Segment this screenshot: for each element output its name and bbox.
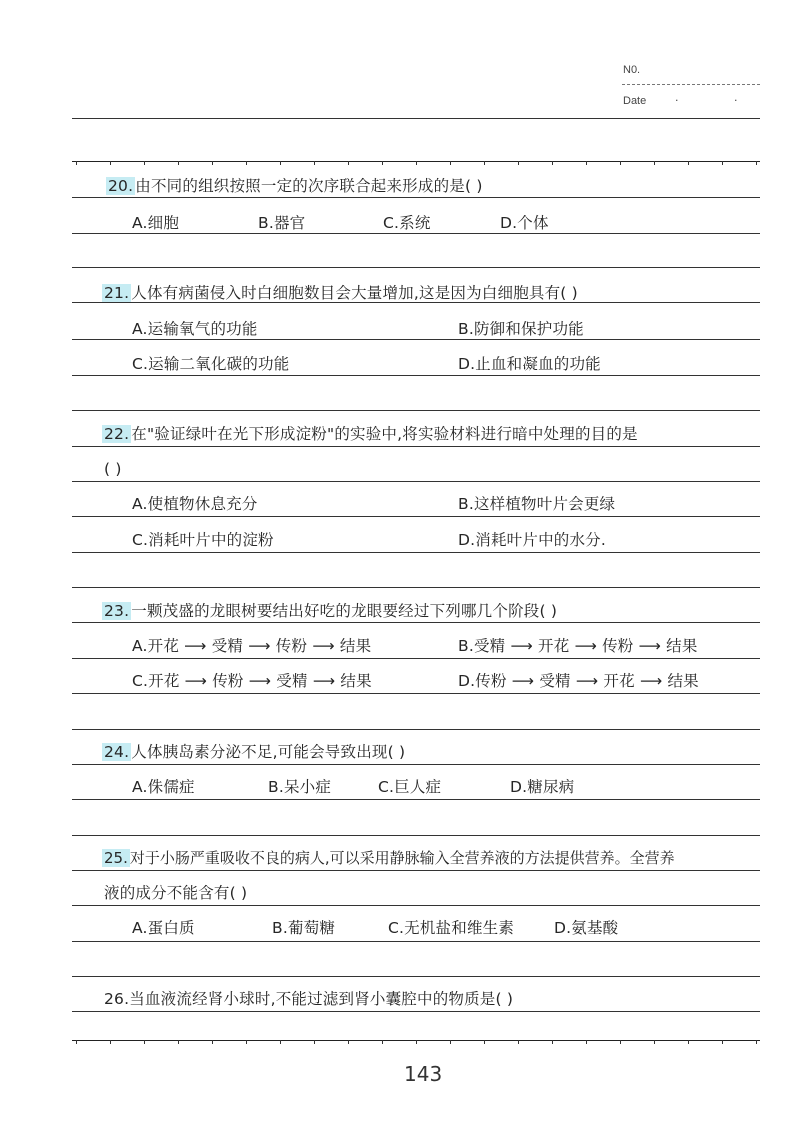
option-d: D.传粉 ⟶ 受精 ⟶ 开花 ⟶ 结果 — [458, 672, 699, 690]
ruled-line — [72, 552, 760, 553]
option-c: C.无机盐和维生素 — [388, 919, 514, 937]
option-c: C.运输二氧化碳的功能 — [132, 355, 289, 373]
number-label: N0. — [623, 64, 640, 76]
question-22: 22.在"验证绿叶在光下形成淀粉"的实验中,将实验材料进行暗中处理的目的是 — [102, 425, 638, 443]
tick-mark — [722, 161, 723, 165]
tick-mark — [382, 161, 383, 165]
option-a: A.使植物休息充分 — [132, 495, 258, 513]
option-b: B.器官 — [258, 214, 305, 232]
bottom-ticks — [72, 1040, 760, 1045]
question-number: 21. — [102, 284, 131, 302]
date-separators: · · — [675, 94, 764, 107]
option-b: B.这样植物叶片会更绿 — [458, 495, 615, 513]
tick-mark — [212, 1040, 213, 1044]
ruled-line — [72, 835, 760, 836]
question-number: 26. — [104, 990, 129, 1008]
tick-mark — [722, 1040, 723, 1044]
question-text: 对于小肠严重吸收不良的病人,可以采用静脉输入全营养液的方法提供营养。全营养 — [130, 849, 675, 867]
option-b: B.呆小症 — [268, 778, 331, 796]
tick-mark — [586, 161, 587, 165]
tick-mark — [246, 1040, 247, 1044]
ruled-line — [72, 197, 760, 198]
ruled-line — [72, 587, 760, 588]
question-number: 20. — [106, 177, 135, 195]
tick-mark — [450, 161, 451, 165]
option-a: A.开花 ⟶ 受精 ⟶ 传粉 ⟶ 结果 — [132, 637, 371, 655]
question-number: 25. — [102, 849, 130, 867]
option-b: B.受精 ⟶ 开花 ⟶ 传粉 ⟶ 结果 — [458, 637, 698, 655]
option-a: A.运输氧气的功能 — [132, 320, 258, 338]
tick-mark — [178, 161, 179, 165]
tick-mark — [178, 1040, 179, 1044]
ruled-line — [72, 375, 760, 376]
option-c: C.系统 — [383, 214, 431, 232]
option-c: C.消耗叶片中的淀粉 — [132, 531, 274, 549]
tick-mark — [76, 1040, 77, 1044]
ruled-line — [72, 764, 760, 765]
tick-mark — [552, 1040, 553, 1044]
tick-mark — [620, 161, 621, 165]
tick-mark — [348, 161, 349, 165]
tick-mark — [654, 1040, 655, 1044]
question-23: 23.一颗茂盛的龙眼树要结出好吃的龙眼要经过下列哪几个阶段( ) — [102, 602, 557, 620]
option-c: C.巨人症 — [378, 778, 441, 796]
tick-mark — [688, 161, 689, 165]
tick-mark — [450, 1040, 451, 1044]
tick-mark — [280, 1040, 281, 1044]
ruled-line — [72, 516, 760, 517]
tick-mark — [382, 1040, 383, 1044]
question-text: 人体有病菌侵入时白细胞数目会大量增加,这是因为白细胞具有( ) — [131, 284, 578, 302]
question-number: 24. — [102, 743, 131, 761]
ruled-line — [72, 941, 760, 942]
question-text-continued: 液的成分不能含有( ) — [104, 884, 247, 902]
ruled-line — [72, 729, 760, 730]
option-b: B.葡萄糖 — [272, 919, 335, 937]
question-24: 24.人体胰岛素分泌不足,可能会导致出现( ) — [102, 743, 405, 761]
tick-mark — [110, 161, 111, 165]
tick-mark — [518, 161, 519, 165]
question-number: 23. — [102, 602, 131, 620]
question-20: 20.由不同的组织按照一定的次序联合起来形成的是( ) — [106, 177, 483, 195]
question-text-continued: ( ) — [104, 460, 122, 478]
option-b: B.防御和保护功能 — [458, 320, 584, 338]
question-26: 26.当血液流经肾小球时,不能过滤到肾小囊腔中的物质是( ) — [104, 990, 513, 1008]
ruled-line — [72, 339, 760, 340]
question-number: 22. — [102, 425, 131, 443]
tick-mark — [314, 161, 315, 165]
tick-mark — [144, 1040, 145, 1044]
page-number: 143 — [404, 1062, 442, 1086]
option-d: D.止血和凝血的功能 — [458, 355, 601, 373]
header-rule — [72, 118, 760, 119]
tick-mark — [688, 1040, 689, 1044]
tick-mark — [212, 161, 213, 165]
ruled-line — [72, 410, 760, 411]
ruled-line — [72, 658, 760, 659]
ruled-line — [72, 233, 760, 234]
tick-mark — [416, 1040, 417, 1044]
option-d: D.氨基酸 — [554, 919, 618, 937]
tick-mark — [314, 1040, 315, 1044]
ruled-line — [72, 481, 760, 482]
tick-mark — [416, 161, 417, 165]
ruled-line — [72, 976, 760, 977]
date-label: Date — [623, 95, 646, 107]
question-text: 在"验证绿叶在光下形成淀粉"的实验中,将实验材料进行暗中处理的目的是 — [131, 425, 638, 443]
tick-mark — [756, 161, 757, 165]
question-25: 25.对于小肠严重吸收不良的病人,可以采用静脉输入全营养液的方法提供营养。全营养 — [102, 849, 675, 867]
question-21: 21.人体有病菌侵入时白细胞数目会大量增加,这是因为白细胞具有( ) — [102, 284, 578, 302]
tick-mark — [76, 161, 77, 165]
option-a: A.侏儒症 — [132, 778, 195, 796]
tick-mark — [756, 1040, 757, 1044]
question-text: 由不同的组织按照一定的次序联合起来形成的是( ) — [135, 177, 482, 195]
option-d: D.个体 — [500, 214, 549, 232]
tick-mark — [552, 161, 553, 165]
option-a: A.蛋白质 — [132, 919, 195, 937]
question-text: 当血液流经肾小球时,不能过滤到肾小囊腔中的物质是( ) — [129, 990, 513, 1008]
question-text: 一颗茂盛的龙眼树要结出好吃的龙眼要经过下列哪几个阶段( ) — [131, 602, 557, 620]
ruled-line — [72, 693, 760, 694]
ruled-line — [72, 302, 760, 303]
tick-mark — [144, 161, 145, 165]
tick-mark — [246, 161, 247, 165]
tick-mark — [110, 1040, 111, 1044]
option-a: A.细胞 — [132, 214, 179, 232]
tick-mark — [484, 161, 485, 165]
tick-mark — [484, 1040, 485, 1044]
ruled-line — [72, 267, 760, 268]
option-d: D.消耗叶片中的水分. — [458, 531, 606, 549]
tick-mark — [586, 1040, 587, 1044]
tick-mark — [518, 1040, 519, 1044]
ruled-line — [72, 905, 760, 906]
tick-mark — [348, 1040, 349, 1044]
question-text: 人体胰岛素分泌不足,可能会导致出现( ) — [131, 743, 405, 761]
ruled-line — [72, 446, 760, 447]
option-c: C.开花 ⟶ 传粉 ⟶ 受精 ⟶ 结果 — [132, 672, 372, 690]
number-field-line — [622, 84, 760, 85]
ruled-line — [72, 870, 760, 871]
ruled-line — [72, 622, 760, 623]
top-ticks — [72, 161, 760, 166]
ruled-line — [72, 1011, 760, 1012]
tick-mark — [280, 161, 281, 165]
tick-mark — [620, 1040, 621, 1044]
option-d: D.糖尿病 — [510, 778, 574, 796]
tick-mark — [654, 161, 655, 165]
ruled-line — [72, 799, 760, 800]
